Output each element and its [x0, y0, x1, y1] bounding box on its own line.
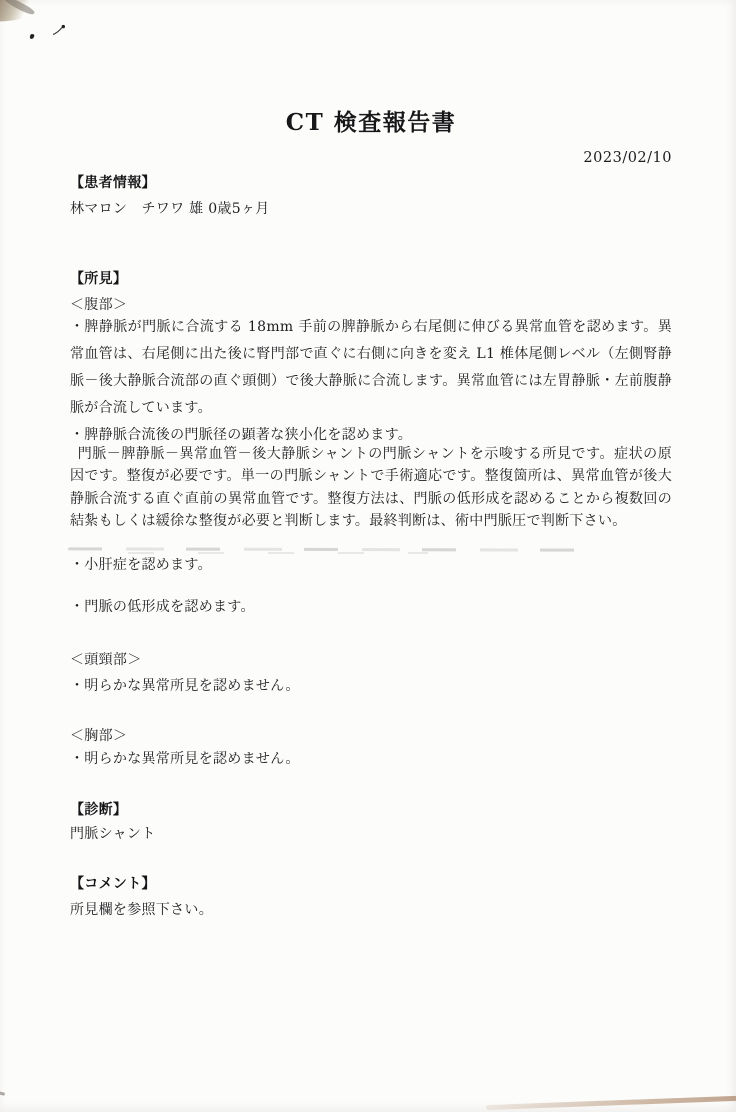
comment-body: 所見欄を参照下さい。: [70, 901, 672, 919]
head-neck-finding: ・明らかな異常所見を認めません。: [70, 677, 672, 695]
abdomen-assessment-paragraph: 門脈－脾静脈－異常血管－後大静脈シャントの門脈シャントを示唆する所見です。症状の…: [70, 443, 672, 533]
abdomen-finding-1: ・脾静脈が門脈に合流する 18mm 手前の脾静脈から右尾側に伸びる異常血管を認め…: [70, 314, 672, 422]
chest-finding: ・明らかな異常所見を認めません。: [70, 750, 672, 768]
scanned-report-page: CT 検査報告書 2023/02/10 【患者情報】 林マロン チワワ 雄 0歳…: [0, 0, 736, 1112]
scan-artifact-bottom-left-tick: [0, 1091, 5, 1096]
report-content: CT 検査報告書 2023/02/10 【患者情報】 林マロン チワワ 雄 0歳…: [0, 0, 736, 919]
abdomen-finding-portal-hypoplasia: ・門脈の低形成を認めます。: [70, 598, 672, 616]
diagnosis-heading: 【診断】: [70, 801, 672, 819]
patient-info-line: 林マロン チワワ 雄 0歳5ヶ月: [70, 200, 672, 218]
report-date: 2023/02/10: [70, 149, 672, 168]
abdomen-section-heading: ＜腹部＞: [70, 296, 672, 314]
diagnosis-body: 門脈シャント: [70, 825, 672, 843]
findings-heading: 【所見】: [70, 270, 672, 288]
report-title: CT 検査報告書: [70, 0, 672, 138]
comment-heading: 【コメント】: [70, 875, 672, 893]
head-neck-section-heading: ＜頭頸部＞: [70, 651, 672, 669]
abdomen-finding-microhepatia: ・小肝症を認めます。: [70, 556, 672, 574]
scan-artifact-bottom-edge-streak: [486, 1095, 736, 1110]
patient-info-heading: 【患者情報】: [70, 174, 672, 192]
chest-section-heading: ＜胸部＞: [70, 727, 672, 745]
